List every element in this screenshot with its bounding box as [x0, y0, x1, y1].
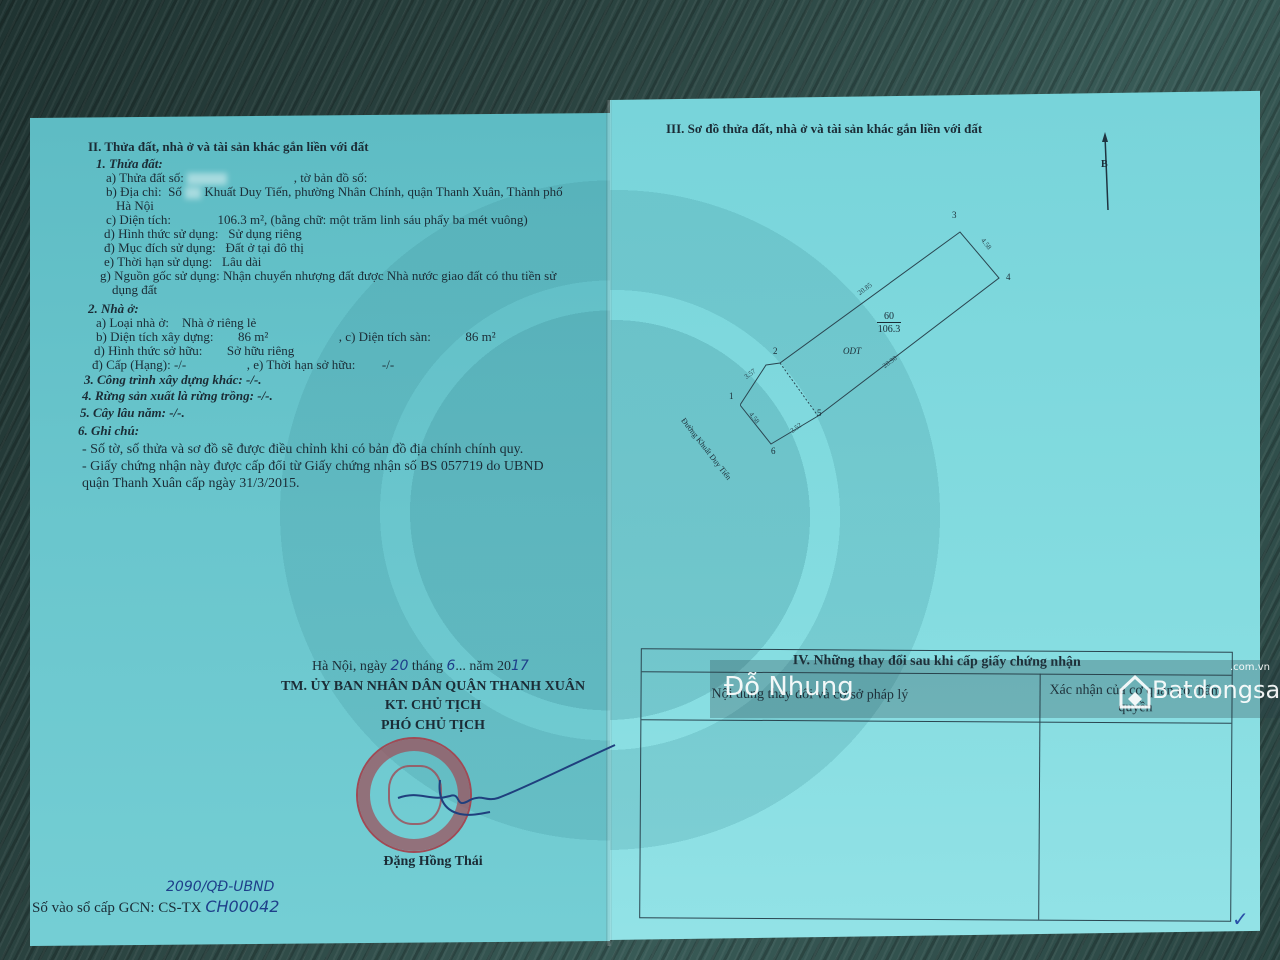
value: Sử dụng riêng [228, 226, 302, 241]
check-mark-icon: ✓ [1232, 912, 1249, 926]
point-6: 6 [771, 446, 776, 456]
month-label: tháng [412, 659, 443, 674]
point-3: 3 [952, 210, 957, 220]
value: 106.3 m², (bằng chữ: một trăm linh sáu p… [217, 212, 527, 227]
note-1: - Số tờ, số thửa và sơ đồ sẽ được điều c… [82, 443, 523, 457]
land-address: b) Địa chỉ: Số Khuất Duy Tiến, phường Nh… [106, 185, 563, 199]
value: -/- [174, 357, 186, 372]
ownership-term-label: , e) Thời hạn sở hữu: [247, 357, 356, 372]
redacted-house-number [185, 187, 201, 199]
value-prefix: Số [168, 184, 182, 199]
land-usage-term: e) Thời hạn sử dụng: Lâu dài [104, 255, 261, 269]
floor-area-value: 86 m² [465, 329, 495, 344]
house-construction-area: b) Diện tích xây dựng: 86 m² , c) Diện t… [96, 330, 496, 344]
label: đ) Mục đích sử dụng: [104, 240, 216, 255]
label: b) Địa chỉ: [106, 184, 162, 199]
value: 86 m² [238, 329, 268, 344]
land-code: ODT [843, 344, 861, 358]
notes-heading: 6. Ghi chú: [78, 424, 139, 438]
label: đ) Cấp (Hạng): [92, 357, 171, 372]
year-label: ... năm 20 [455, 659, 511, 674]
watermark-name: Đỗ Nhung [724, 672, 854, 702]
value: Sở hữu riêng [227, 343, 294, 358]
value: Đất ở tại đô thị [226, 240, 304, 255]
issuing-authority: TM. ỦY BAN NHÂN DÂN QUẬN THANH XUÂN [268, 680, 598, 694]
house-heading: 2. Nhà ở: [88, 302, 139, 316]
land-area: c) Diện tích: 106.3 m², (bằng chữ: một t… [106, 213, 528, 227]
handwritten-decision-number: 2090/QĐ-UBND [166, 880, 274, 894]
signer-role-2: PHÓ CHỦ TỊCH [268, 719, 598, 733]
handwritten-registry-number: CH00042 [205, 897, 279, 916]
other-construction: 3. Công trình xây dựng khác: -/-. [84, 373, 262, 387]
note-2: - Giấy chứng nhận này được cấp đổi từ Gi… [82, 460, 544, 474]
value: Lâu dài [222, 254, 261, 269]
label: d) Hình thức sử dụng: [104, 226, 218, 241]
parcel-area: 106.3 [873, 324, 905, 335]
label: e) Thời hạn sử dụng: [104, 254, 212, 269]
point-2: 2 [773, 346, 778, 356]
label: a) Loại nhà ở: [96, 315, 169, 330]
house-grade: đ) Cấp (Hạng): -/- , e) Thời hạn sở hữu:… [92, 358, 394, 372]
note-3: quận Thanh Xuân cấp ngày 31/3/2015. [82, 477, 299, 491]
registry-number: Số vào sổ cấp GCN: CS-TX CH00042 [32, 900, 279, 915]
value: Nhà ở riêng lẻ [182, 315, 256, 330]
house-type: a) Loại nhà ở: Nhà ở riêng lẻ [96, 316, 256, 330]
label: g) Nguồn gốc sử dụng: [100, 268, 220, 283]
plot-diagram [740, 215, 1040, 455]
section-3-title: III. Sơ đồ thửa đất, nhà ở và tài sản kh… [666, 122, 982, 136]
north-arrow-icon [1094, 130, 1118, 214]
ownership-term-value: -/- [382, 357, 394, 372]
signing-date: Hà Nội, ngày 20 tháng 6... năm 2017 [312, 659, 529, 674]
land-heading: 1. Thửa đất: [96, 157, 163, 171]
label: d) Hình thức sở hữu: [94, 343, 202, 358]
land-usage-form: d) Hình thức sử dụng: Sử dụng riêng [104, 227, 302, 241]
land-address-line2: Hà Nội [116, 199, 154, 213]
land-usage-origin: g) Nguồn gốc sử dụng: Nhận chuyển nhượng… [100, 269, 556, 283]
date-prefix: Hà Nội, ngày [312, 659, 387, 674]
watermark-brand: Batdongsan [1152, 676, 1280, 704]
batdongsan-logo-icon [1118, 674, 1152, 710]
floor-area-label: , c) Diện tích sàn: [339, 329, 431, 344]
date-day: 20 [391, 658, 409, 674]
signer-role-1: KT. CHỦ TỊCH [268, 699, 598, 713]
map-sheet-label: , tờ bản đồ số: [294, 170, 368, 185]
point-4: 4 [1006, 272, 1011, 282]
signer-name: Đặng Hồng Thái [268, 855, 598, 869]
label: a) Thửa đất số: [106, 170, 184, 185]
section-2-title: II. Thửa đất, nhà ở và tài sản khác gắn … [88, 140, 369, 154]
house-ownership-form: d) Hình thức sở hữu: Sở hữu riêng [94, 344, 294, 358]
value: Nhận chuyển nhượng đất được Nhà nước gia… [223, 268, 556, 283]
label: c) Diện tích: [106, 212, 171, 227]
parcel-number: 60 [877, 311, 901, 323]
production-forest: 4. Rừng sản xuất là rừng trồng: -/-. [82, 389, 273, 403]
year-suffix: 17 [511, 658, 529, 674]
signature-scribble [390, 740, 620, 820]
perennial-trees: 5. Cây lâu năm: -/-. [80, 406, 185, 420]
land-parcel-number: a) Thửa đất số: , tờ bản đồ số: [106, 171, 367, 185]
land-usage-purpose: đ) Mục đích sử dụng: Đất ở tại đô thị [104, 241, 304, 255]
watermark-brand-suffix: .com.vn [1230, 662, 1270, 673]
point-1: 1 [729, 391, 734, 401]
value: Khuất Duy Tiến, phường Nhân Chính, quận … [204, 184, 562, 199]
point-5: 5 [817, 408, 822, 418]
land-usage-origin-line2: dụng đất [112, 283, 157, 297]
north-label: B [1101, 158, 1108, 172]
label: b) Diện tích xây dựng: [96, 329, 214, 344]
registry-label: Số vào sổ cấp GCN: CS-TX [32, 900, 202, 916]
